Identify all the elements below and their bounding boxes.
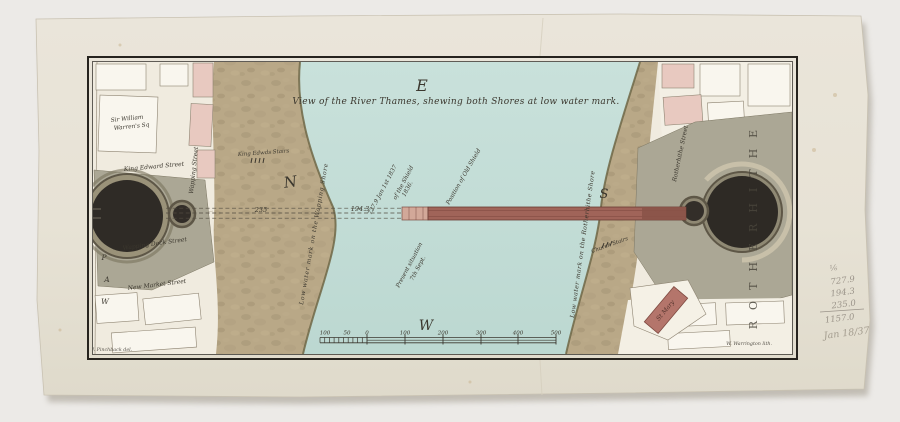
- scale-label-400: 400: [512, 331, 524, 337]
- compass-east-label: E: [415, 76, 428, 95]
- scale-label-500: 500: [551, 331, 562, 337]
- tunnel-completed-section: [428, 207, 686, 220]
- compass-west-label: W: [419, 318, 435, 334]
- scale-label-50: 50: [344, 331, 351, 337]
- pencil-fraction: ⅙: [829, 263, 838, 273]
- scale-label-100L: 100: [320, 331, 331, 337]
- distance-194-label: 194.3: [351, 205, 370, 213]
- scale-label-200: 200: [437, 331, 449, 337]
- rotherhithe-district-label: ROTHERHITHE: [747, 119, 760, 329]
- scale-label-0: 0: [365, 331, 369, 337]
- scale-label-300: 300: [476, 331, 487, 337]
- thames-tunnel-map-photograph: E View of the River Thames, shewing both…: [0, 0, 900, 422]
- wapping-engine-shaft: [169, 201, 195, 227]
- scale-label-100: 100: [400, 331, 411, 337]
- wapping-district-letter-p: P: [100, 253, 107, 262]
- wapping-district-letter-a: A: [103, 275, 110, 284]
- compass-south-label: S: [600, 187, 609, 202]
- map-title: View of the River Thames, shewing both S…: [292, 97, 619, 107]
- map-canvas: E View of the River Thames, shewing both…: [0, 0, 900, 422]
- delineator-credit: J. Pinchback del.: [91, 347, 133, 353]
- tunnel-shield-block: [402, 207, 428, 220]
- map-interior: E View of the River Thames, shewing both…: [81, 62, 792, 354]
- lithographer-credit: W. Warrington lith.: [726, 341, 772, 347]
- distance-235-label: 235: [254, 206, 267, 214]
- wapping-district-letter-w: W: [101, 297, 110, 306]
